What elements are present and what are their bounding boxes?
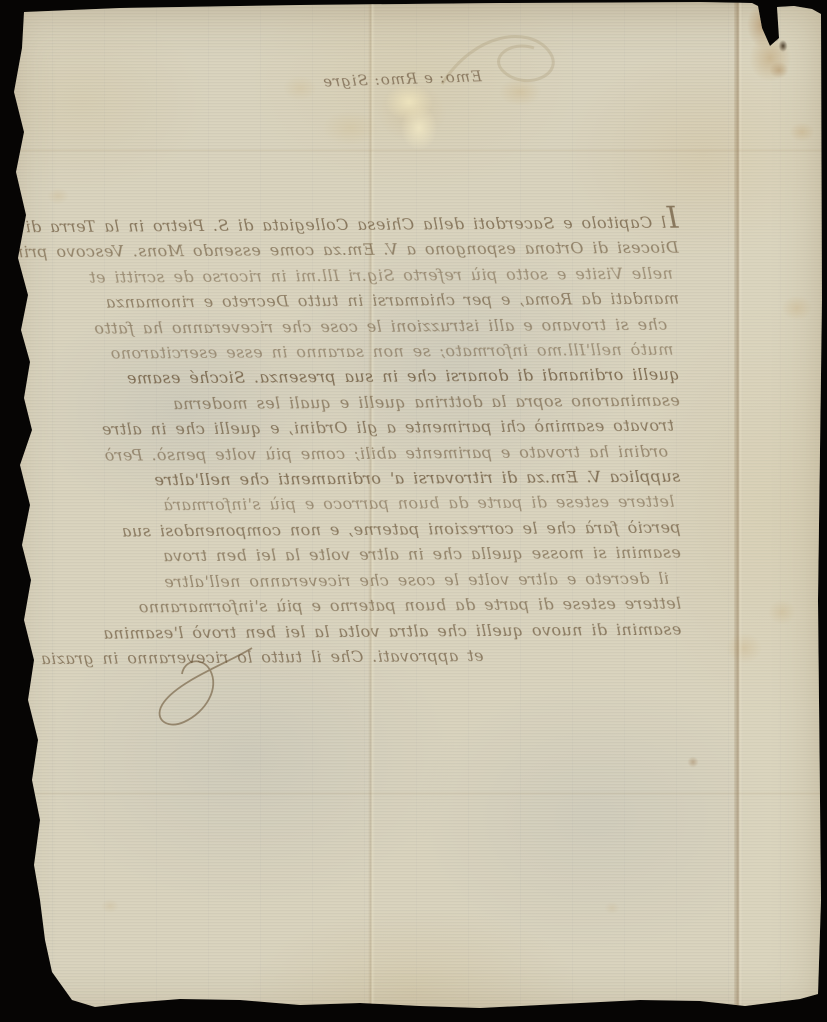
letter-line: esamini di nuovo quelli che altra volta … xyxy=(17,616,681,646)
letter-line: mutò nell'Ill.mo informato; se non saran… xyxy=(15,337,673,367)
folded-flap-strip xyxy=(743,0,821,1022)
letter-lines: Il Capitolo e Sacerdoti della Chiesa Col… xyxy=(14,210,681,672)
paper-sheet: Emo: e Rmo: Sigre Il Capitolo e Sacerdot… xyxy=(0,0,827,1022)
right-fold-crease xyxy=(734,0,743,1022)
manuscript-scan: Emo: e Rmo: Sigre Il Capitolo e Sacerdot… xyxy=(0,0,827,1022)
horizontal-crease-bottom xyxy=(0,792,827,795)
horizontal-crease-top xyxy=(0,149,827,152)
letter-line: ordini ha trovato e parimente abili; com… xyxy=(16,438,668,468)
inscription-mirrored: Emo: e Rmo: Sigre xyxy=(316,67,489,91)
letter-line: et approvati. Che il tutto lo riceverann… xyxy=(17,643,483,672)
